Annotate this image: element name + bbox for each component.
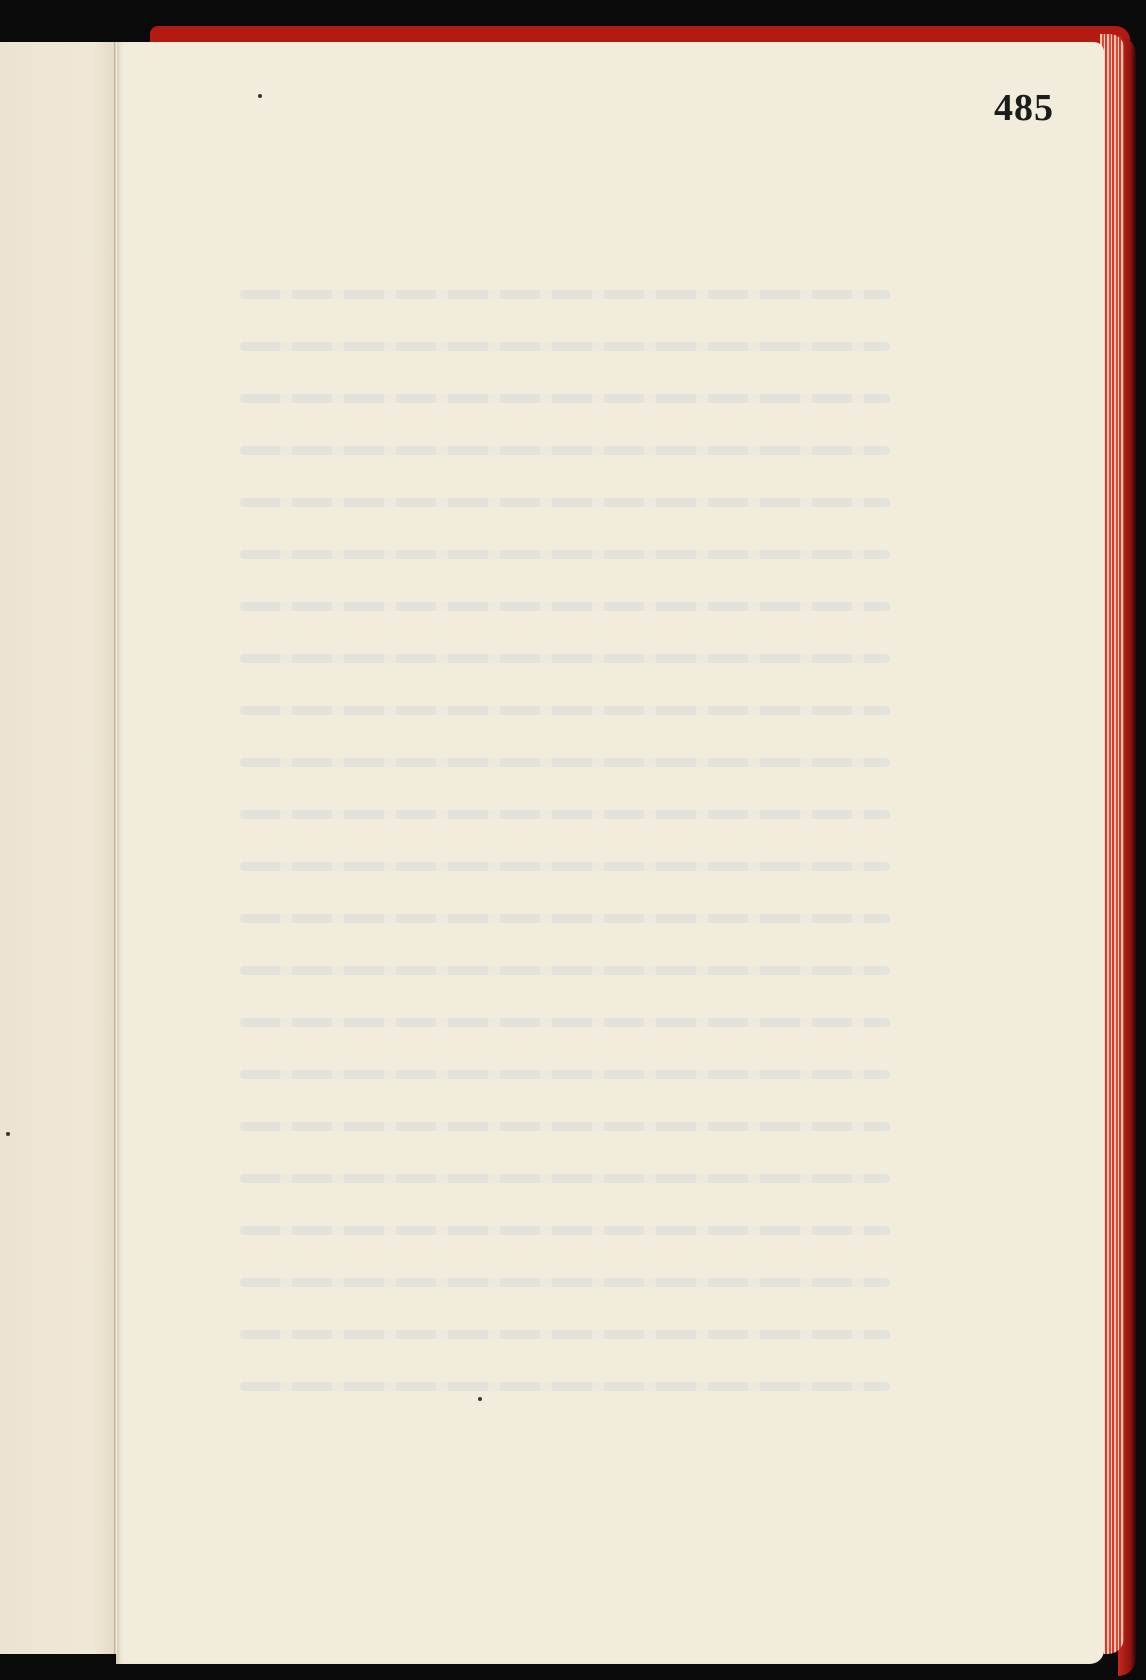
- showthrough-line: [240, 1382, 890, 1391]
- showthrough-line: [240, 810, 890, 819]
- showthrough-line: [240, 966, 890, 975]
- showthrough-line: [240, 498, 890, 507]
- showthrough-line: [240, 1018, 890, 1027]
- showthrough-line: [240, 446, 890, 455]
- reverse-side-showthrough: [240, 290, 890, 1434]
- page-number: 485: [994, 86, 1054, 130]
- showthrough-line: [240, 342, 890, 351]
- showthrough-line: [240, 1122, 890, 1131]
- showthrough-line: [240, 394, 890, 403]
- showthrough-line: [240, 914, 890, 923]
- paper-speck: [258, 94, 262, 98]
- showthrough-line: [240, 758, 890, 767]
- showthrough-line: [240, 1226, 890, 1235]
- left-page: [0, 42, 116, 1654]
- showthrough-line: [240, 1174, 890, 1183]
- showthrough-line: [240, 654, 890, 663]
- showthrough-line: [240, 706, 890, 715]
- book-gutter: [114, 42, 117, 1654]
- paper-speck: [6, 1132, 10, 1136]
- showthrough-line: [240, 602, 890, 611]
- showthrough-line: [240, 862, 890, 871]
- showthrough-line: [240, 290, 890, 299]
- showthrough-line: [240, 550, 890, 559]
- showthrough-line: [240, 1070, 890, 1079]
- showthrough-line: [240, 1330, 890, 1339]
- showthrough-line: [240, 1278, 890, 1287]
